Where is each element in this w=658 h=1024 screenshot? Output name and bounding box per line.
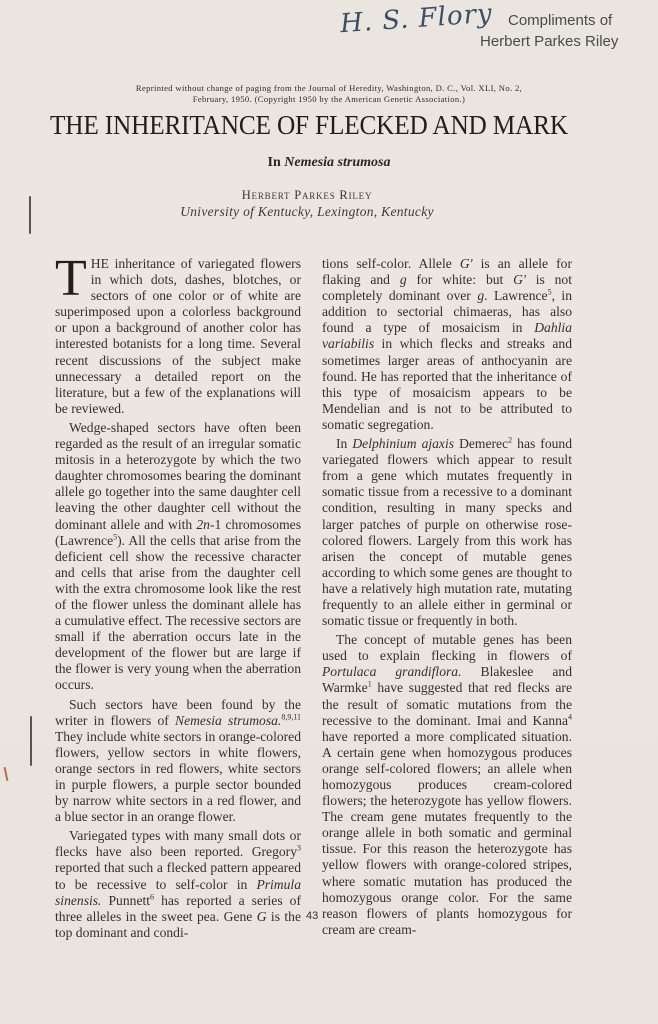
document-page: H. S. Flory Compliments of Herbert Parke…: [0, 0, 658, 1024]
text: ). All the cells that arise from the def…: [55, 533, 301, 693]
text: Variegated types with many small dots or…: [55, 828, 301, 859]
text-italic: G: [257, 909, 267, 924]
text: for white: but: [407, 272, 514, 287]
citation-sup: 8,9,11: [281, 712, 301, 721]
page-number: 43: [306, 910, 318, 922]
paragraph: THE inheritance of variegated flowers in…: [55, 256, 301, 417]
margin-pencil-mark: [30, 716, 32, 766]
text: have reported a more complicated situati…: [322, 729, 572, 937]
paragraph-text: HE inheritance of variegated flowers in …: [55, 256, 301, 416]
reprint-line-2: February, 1950. (Copyright 1950 by the A…: [0, 94, 658, 105]
right-column: tions self-color. Allele G' is an allele…: [322, 256, 572, 941]
text-italic: G': [460, 256, 473, 271]
reprint-line-1: Reprinted without change of paging from …: [0, 83, 658, 94]
stamp-line-1: Compliments of: [480, 10, 618, 31]
margin-red-tick: [4, 767, 9, 781]
paragraph: The concept of mutable genes has been us…: [322, 632, 572, 938]
paragraph: In Delphinium ajaxis Demerec2 has found …: [322, 436, 572, 629]
citation-sup: 4: [568, 712, 572, 721]
citation-sup: 3: [297, 844, 301, 853]
text: In: [336, 436, 352, 451]
text: Wedge-shaped sectors have often been reg…: [55, 420, 301, 532]
text-italic: Portulaca grandiflora.: [322, 664, 461, 679]
compliments-stamp: Compliments of Herbert Parkes Riley: [480, 10, 618, 52]
paragraph: Wedge-shaped sectors have often been reg…: [55, 420, 301, 694]
text-italic: G': [513, 272, 526, 287]
text: tions self-color. Allele: [322, 256, 460, 271]
subtitle-species: Nemesia strumosa: [284, 155, 390, 170]
handwritten-signature: H. S. Flory: [339, 0, 493, 39]
text: Punnett: [101, 893, 150, 908]
paragraph: tions self-color. Allele G' is an allele…: [322, 256, 572, 433]
author-name: Herbert Parkes Riley: [0, 188, 614, 203]
subtitle-prefix: In: [268, 155, 281, 170]
margin-pencil-mark: [29, 196, 31, 234]
paragraph: Variegated types with many small dots or…: [55, 828, 301, 941]
article-title: THE INHERITANCE OF FLECKED AND MARK: [25, 109, 594, 141]
text: . Lawrence: [484, 288, 547, 303]
text: has found variegated flowers which appea…: [322, 436, 572, 628]
drop-cap: T: [55, 258, 87, 300]
text-italic: g: [400, 272, 407, 287]
author-affiliation: University of Kentucky, Lexington, Kentu…: [0, 204, 614, 220]
stamp-line-2: Herbert Parkes Riley: [480, 31, 618, 52]
text-italic: Delphinium ajaxis: [352, 436, 454, 451]
article-subtitle: In Nemesia strumosa: [0, 155, 658, 171]
text: Demerec: [454, 436, 508, 451]
text-italic: Nemesia strumosa.: [175, 713, 281, 728]
text: They include white sectors in orange-col…: [55, 729, 301, 824]
paragraph: Such sectors have been found by the writ…: [55, 697, 301, 826]
reprint-notice: Reprinted without change of paging from …: [0, 83, 658, 104]
text-italic: 2n: [196, 517, 210, 532]
left-column: THE inheritance of variegated flowers in…: [55, 256, 301, 944]
text: The concept of mutable genes has been us…: [322, 632, 572, 663]
